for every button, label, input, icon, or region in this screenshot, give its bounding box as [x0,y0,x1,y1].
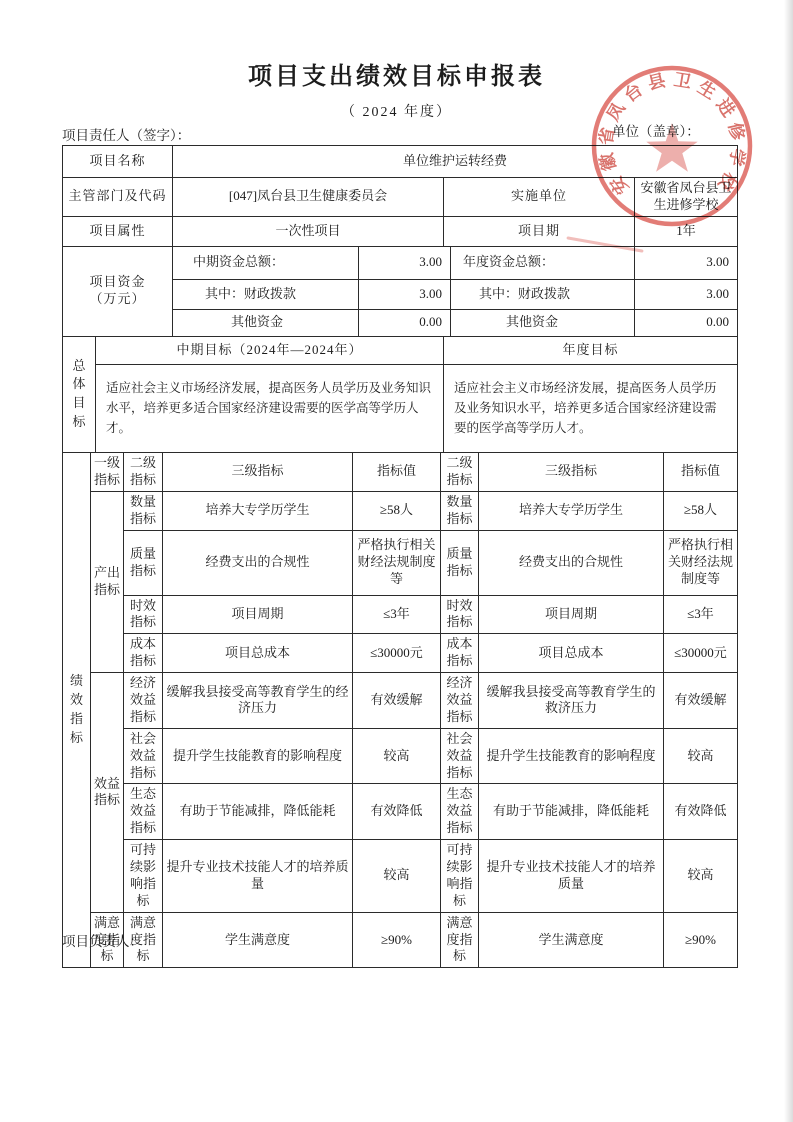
quantity-ann-l2: 数量指标 [441,491,479,530]
header-value: 指标值 [353,452,441,491]
economic-ann-l2: 经济效益指标 [441,673,479,729]
group-benefit-label: 效益指标 [91,673,124,913]
indicators-section-label: 绩效指标 [63,452,91,968]
period-value: 1年 [635,216,738,246]
cost-ann-l3: 项目总成本 [479,634,664,673]
ecological-ann-l3: 有助于节能减排，降低能耗 [479,784,664,840]
social-ann-l3: 提升学生技能教育的影响程度 [479,728,664,784]
mid-goal-header: 中期目标（2024年—2024年） [96,336,444,364]
scanned-form-page: 项目支出绩效目标申报表 （ 2024 年度） 项目责任人（签字）： 单位（盖章）… [0,0,793,1122]
annual-other-value: 0.00 [635,309,738,336]
timeliness-ann-l2: 时效指标 [441,595,479,634]
goals-section-label-text: 总体目标 [72,357,87,432]
annual-total-value: 3.00 [635,246,738,279]
mid-fiscal-value: 3.00 [359,279,451,309]
mid-fiscal-label: 其中：财政拨款 [173,279,359,309]
annual-fiscal-label: 其中：财政拨款 [451,279,635,309]
dept-label: 主管部门及代码 [63,178,173,217]
signer-label: 项目责任人（签字）： [62,124,190,144]
social-mid-l3: 提升学生技能教育的影响程度 [163,728,353,784]
social-ann-value: 较高 [664,728,738,784]
header-value-annual: 指标值 [664,452,738,491]
quantity-ann-l3: 培养大专学历学生 [479,491,664,530]
cost-l2: 成本指标 [124,634,163,673]
sustain-ann-l2: 可持续影响指标 [441,840,479,913]
annual-total-label: 年度资金总额： [451,246,635,279]
timeliness-ann-value: ≤3年 [664,595,738,634]
annual-fiscal-value: 3.00 [635,279,738,309]
funding-label-line2: （万元） [89,291,145,306]
sustain-mid-l3: 提升专业技术技能人才的培养质量 [163,840,353,913]
cost-ann-l2: 成本指标 [441,634,479,673]
mid-goal-text: 适应社会主义市场经济发展，提高医务人员学历及业务知识水平，培养更多适合国家经济建… [96,364,444,452]
attr-label: 项目属性 [63,216,173,246]
annual-goal-header: 年度目标 [444,336,738,364]
goals-section-label: 总体目标 [63,336,96,452]
quality-ann-l3: 经费支出的合规性 [479,530,664,595]
ecological-l2: 生态效益指标 [124,784,163,840]
indicators-section-label-text: 绩效指标 [69,672,84,747]
satisfaction-ann-l3: 学生满意度 [479,912,664,968]
funding-label-line1: 项目资金 [89,274,145,289]
header-level2-annual: 二级指标 [441,452,479,491]
satisfaction-mid-value: ≥90% [353,912,441,968]
cost-mid-l3: 项目总成本 [163,634,353,673]
satisfaction-ann-value: ≥90% [664,912,738,968]
cost-ann-value: ≤30000元 [664,634,738,673]
mid-other-label: 其他资金 [173,309,359,336]
quantity-ann-value: ≥58人 [664,491,738,530]
impl-unit-label: 实施单位 [444,178,635,217]
scan-edge-shadow [784,0,793,1122]
funding-table: 项目资金 （万元） 中期资金总额： 3.00 年度资金总额： 3.00 其中：财… [62,246,738,337]
quality-mid-value: 严格执行相关财经法规制度等 [353,530,441,595]
social-ann-l2: 社会效益指标 [441,728,479,784]
page-subtitle: （ 2024 年度） [0,101,793,121]
satisfaction-ann-l2: 满意度指标 [441,912,479,968]
timeliness-mid-value: ≤3年 [353,595,441,634]
economic-mid-value: 有效缓解 [353,673,441,729]
cost-mid-value: ≤30000元 [353,634,441,673]
economic-mid-l3: 缓解我县接受高等教育学生的经济压力 [163,673,353,729]
period-label: 项目期 [444,216,635,246]
impl-unit-value: 安徽省凤台县卫生进修学校 [635,178,738,217]
dept-value: [047]凤台县卫生健康委员会 [173,178,444,217]
funding-label: 项目资金 （万元） [63,246,173,336]
header-level2: 二级指标 [124,452,163,491]
project-name-label: 项目名称 [63,146,173,178]
annual-other-label: 其他资金 [451,309,635,336]
sustain-mid-value: 较高 [353,840,441,913]
unit-seal-label: 单位（盖章）： [612,120,700,140]
mid-total-label: 中期资金总额： [173,246,359,279]
annual-goal-text: 适应社会主义市场经济发展，提高医务人员学历及业务知识水平，培养更多适合国家经济建… [444,364,738,452]
economic-ann-value: 有效缓解 [664,673,738,729]
timeliness-ann-l3: 项目周期 [479,595,664,634]
header-level3: 三级指标 [163,452,353,491]
group-output-label: 产出指标 [91,491,124,672]
header-level1: 一级指标 [91,452,124,491]
ecological-ann-l2: 生态效益指标 [441,784,479,840]
quality-l2: 质量指标 [124,530,163,595]
social-mid-value: 较高 [353,728,441,784]
project-info-table: 项目名称 单位维护运转经费 主管部门及代码 [047]凤台县卫生健康委员会 实施… [62,145,738,247]
ecological-mid-value: 有效降低 [353,784,441,840]
sustain-l2: 可持续影响指标 [124,840,163,913]
mid-total-value: 3.00 [359,246,451,279]
ecological-mid-l3: 有助于节能减排，降低能耗 [163,784,353,840]
footer-label: 项目负责人： [62,930,143,950]
social-l2: 社会效益指标 [124,728,163,784]
project-name-value: 单位维护运转经费 [173,146,738,178]
form-tables: 项目名称 单位维护运转经费 主管部门及代码 [047]凤台县卫生健康委员会 实施… [62,146,737,968]
sustain-ann-value: 较高 [664,840,738,913]
mid-other-value: 0.00 [359,309,451,336]
quality-mid-l3: 经费支出的合规性 [163,530,353,595]
quality-ann-l2: 质量指标 [441,530,479,595]
quality-ann-value: 严格执行相关财经法规制度等 [664,530,738,595]
economic-ann-l3: 缓解我县接受高等教育学生的救济压力 [479,673,664,729]
quantity-mid-l3: 培养大专学历学生 [163,491,353,530]
goals-table: 总体目标 中期目标（2024年—2024年） 年度目标 适应社会主义市场经济发展… [62,336,738,453]
satisfaction-mid-l3: 学生满意度 [163,912,353,968]
page-title: 项目支出绩效目标申报表 [0,56,793,91]
quantity-mid-value: ≥58人 [353,491,441,530]
attr-value: 一次性项目 [173,216,444,246]
sustain-ann-l3: 提升专业技术技能人才的培养质量 [479,840,664,913]
timeliness-l2: 时效指标 [124,595,163,634]
economic-l2: 经济效益指标 [124,673,163,729]
timeliness-mid-l3: 项目周期 [163,595,353,634]
ecological-ann-value: 有效降低 [664,784,738,840]
indicators-table: 绩效指标 一级指标 二级指标 三级指标 指标值 二级指标 三级指标 指标值 产出… [62,452,738,969]
quantity-l2: 数量指标 [124,491,163,530]
header-level3-annual: 三级指标 [479,452,664,491]
